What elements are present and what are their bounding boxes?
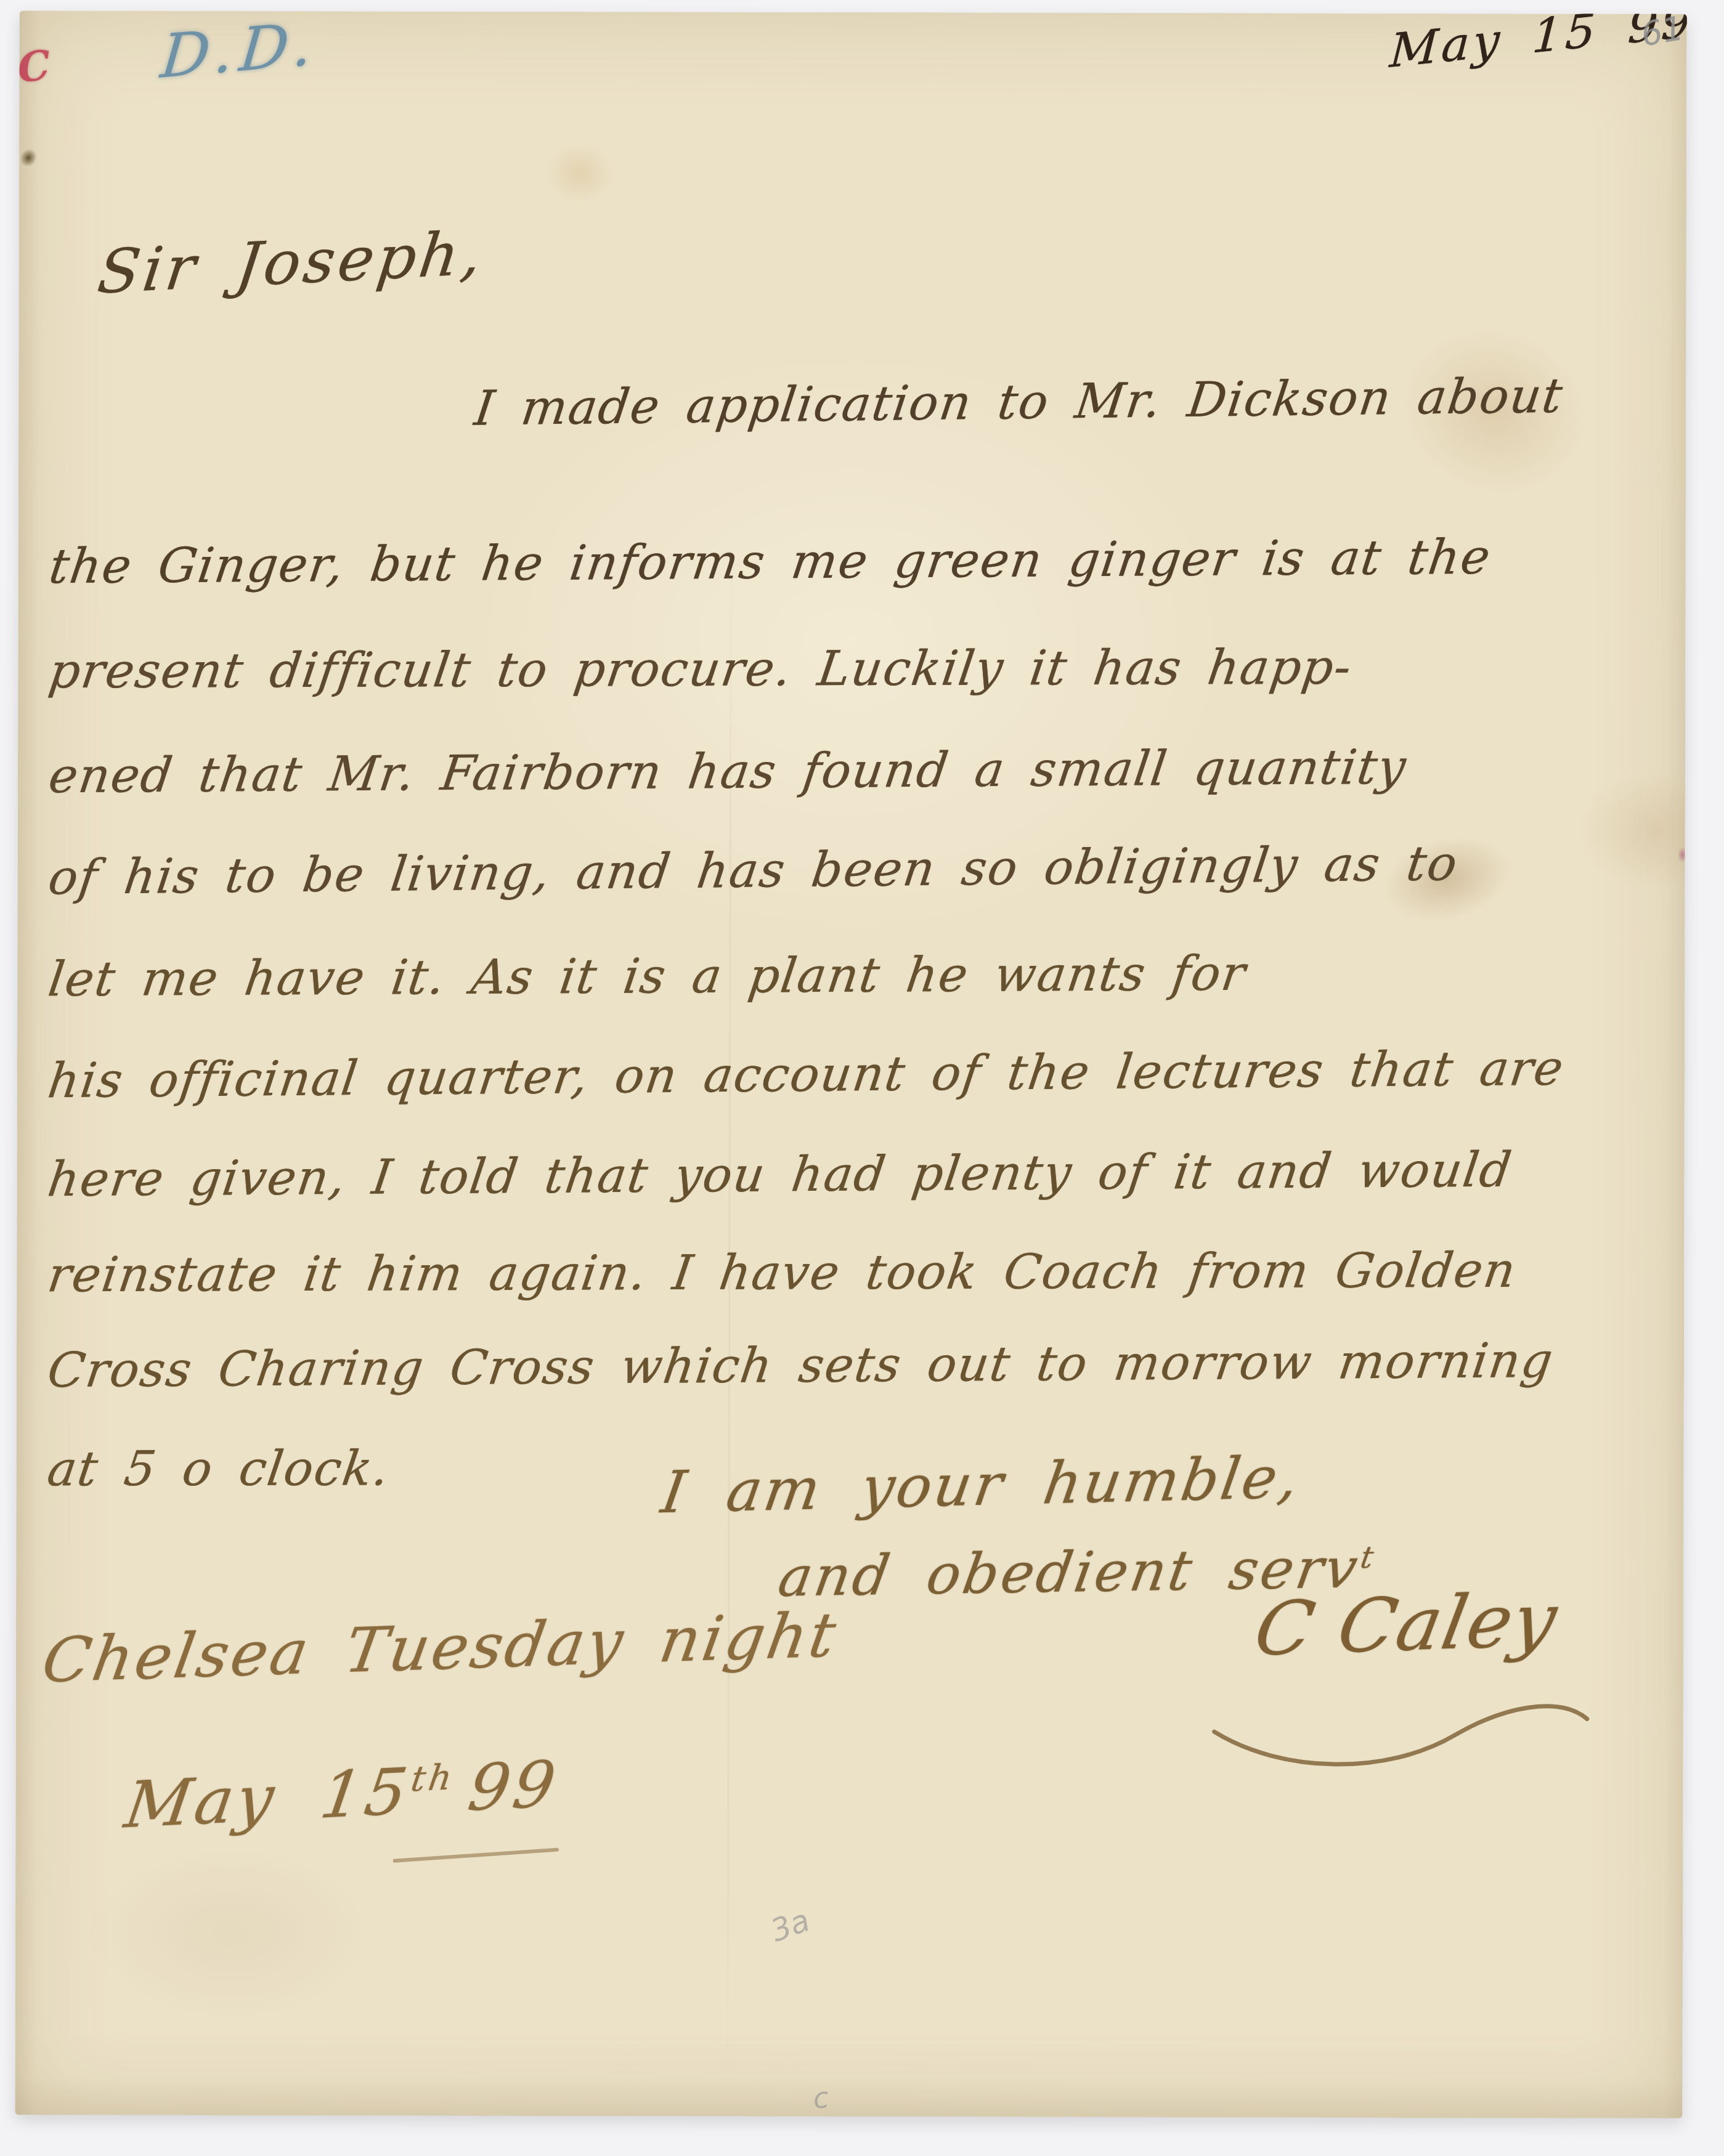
body-line: ened that Mr. Fairborn has found a small… <box>46 740 1410 804</box>
dateline-date: May 15th99 <box>120 1746 563 1843</box>
blue-pencil-mark: D.D. <box>158 10 322 92</box>
letter-paper: C D.D. May 15 99 61 Sir Joseph, I made a… <box>15 10 1686 2118</box>
salutation: Sir Joseph, <box>94 218 489 307</box>
dateline-date-superscript: th <box>409 1757 458 1800</box>
signature: C Caley <box>1248 1578 1564 1673</box>
pencil-note: c <box>811 2081 831 2115</box>
body-line: his officinal quarter, on account of the… <box>45 1041 1567 1109</box>
body-line: let me have it. As it is a plant he want… <box>45 946 1250 1007</box>
body-line: of his to be living, and has been so obl… <box>46 836 1462 906</box>
body-line: I made application to Mr. Dickson about <box>471 368 1566 437</box>
body-line: at 5 o clock. <box>44 1441 394 1497</box>
paper-fleck <box>15 144 42 171</box>
body-line: reinstate it him again. I have took Coac… <box>44 1243 1520 1303</box>
dateline-date-year: 99 <box>464 1746 563 1826</box>
paper-stain <box>71 1834 392 2032</box>
dateline-place: Chelsea Tuesday night <box>38 1599 843 1696</box>
red-crayon-mark: C <box>16 41 52 92</box>
pencil-note: 3a <box>766 1902 814 1949</box>
paper-fleck <box>1678 847 1687 863</box>
dateline-date-prefix: May 15 <box>120 1754 415 1843</box>
body-line: the Ginger, but he informs me green ging… <box>46 530 1495 594</box>
paper-stain <box>540 138 620 209</box>
folio-number: 61 <box>1638 10 1687 54</box>
letter-body: I made application to Mr. Dickson about … <box>44 380 1679 1554</box>
body-line: present difficult to procure. Luckily it… <box>46 640 1356 700</box>
body-line: here given, I told that you had plenty o… <box>45 1143 1516 1208</box>
underline-stroke <box>392 1848 559 1863</box>
body-line: Cross Charing Cross which sets out to mo… <box>44 1333 1557 1398</box>
photograph-backdrop: { "annotations": { "red_mark": "C", "blu… <box>0 0 1724 2156</box>
